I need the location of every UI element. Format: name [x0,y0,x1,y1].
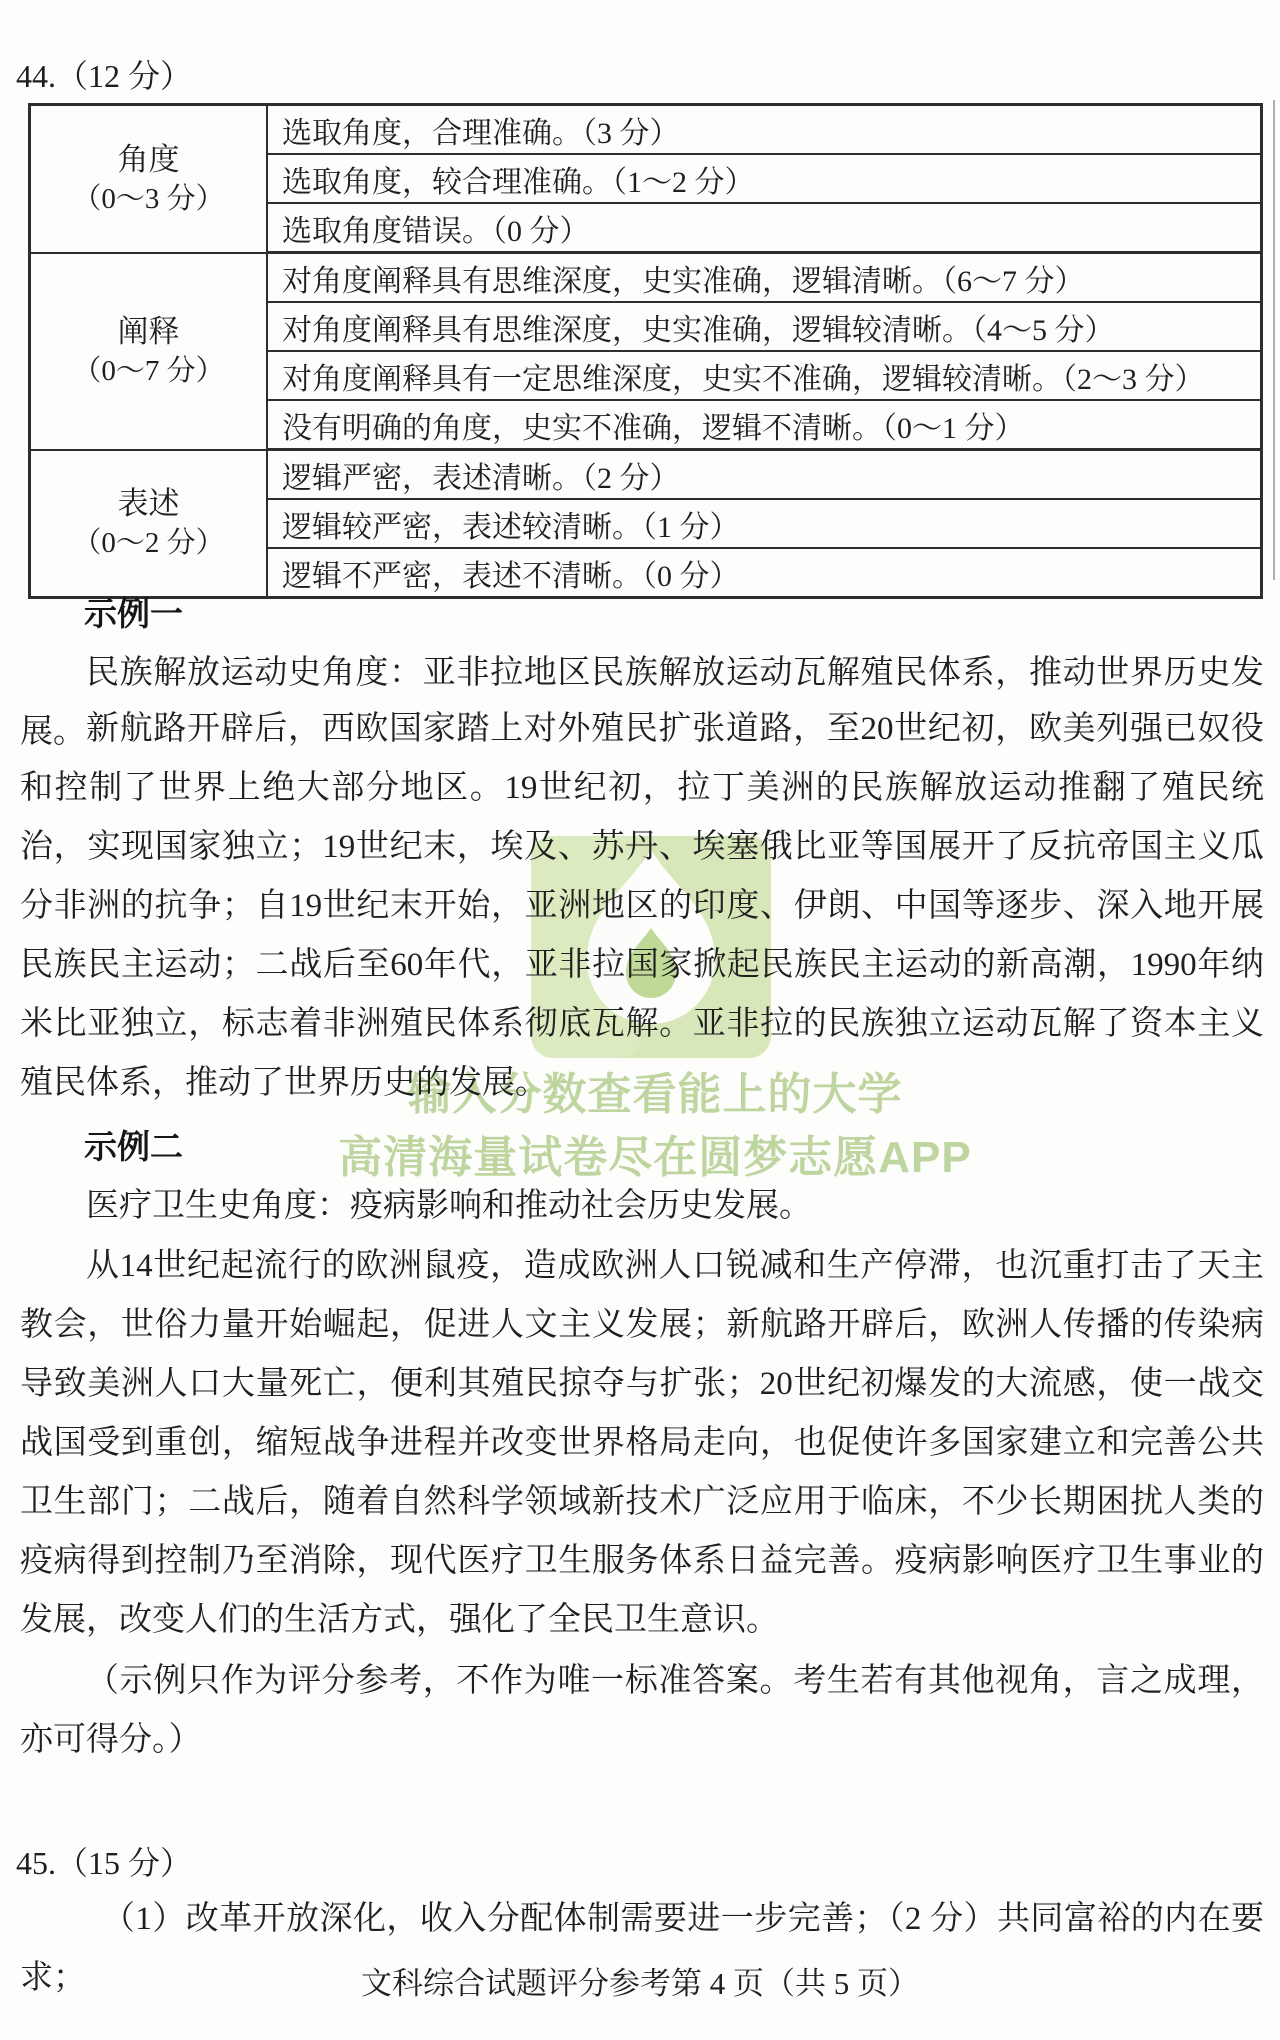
example-2-angle-paragraph: 医疗卫生史角度：疫病影响和推动社会历史发展。 [20,1177,1264,1236]
watermark-text-line2: 高清海量试卷尽在圆梦志愿APP [15,1133,1280,1183]
example-2-heading: 示例二 [84,1129,183,1165]
rubric-category-expression: 表述 （0～2 分） [30,450,268,598]
rubric-category-angle: 角度 （0～3 分） [30,105,268,253]
scan-edge-line [1273,100,1275,580]
category-score-range: （0～2 分） [32,524,265,562]
page-footer: 文科综合试题评分参考第 4 页（共 5 页） [0,1958,1280,2003]
category-score-range: （0～3 分） [32,180,265,218]
rubric-criterion: 逻辑严密，表述清晰。（2 分） [267,450,1262,500]
question-44-heading: 44.（12 分） [16,58,192,94]
table-row: 角度 （0～3 分） 选取角度，合理准确。（3 分） [30,105,1262,155]
category-name: 表述 [32,484,265,524]
example-1-body-paragraph: 新航路开辟后，西欧国家踏上对外殖民扩张道路，至20世纪初，欧美列强已奴役和控制了… [20,700,1264,1113]
rubric-table-body: 角度 （0～3 分） 选取角度，合理准确。（3 分） 选取角度，较合理准确。（1… [30,105,1262,598]
rubric-criterion: 选取角度，较合理准确。（1～2 分） [267,154,1262,203]
scoring-rubric-table: 角度 （0～3 分） 选取角度，合理准确。（3 分） 选取角度，较合理准确。（1… [28,103,1263,599]
category-name: 阐释 [32,312,265,352]
category-name: 角度 [32,140,265,180]
exam-scoring-page: 输入分数查看能上的大学 高清海量试卷尽在圆梦志愿APP 44.（12 分） 角度… [0,0,1280,2040]
grading-note-paragraph: （示例只作为评分参考，不作为唯一标准答案。考生若有其他视角，言之成理，亦可得分。… [20,1652,1264,1770]
rubric-criterion: 没有明确的角度，史实不准确，逻辑不清晰。（0～1 分） [267,400,1262,450]
rubric-criterion: 对角度阐释具有思维深度，史实准确，逻辑清晰。（6～7 分） [267,253,1262,303]
rubric-criterion: 逻辑较严密，表述较清晰。（1 分） [267,499,1262,548]
rubric-criterion: 对角度阐释具有思维深度，史实准确，逻辑较清晰。（4～5 分） [267,302,1262,351]
table-row: 阐释 （0～7 分） 对角度阐释具有思维深度，史实准确，逻辑清晰。（6～7 分） [30,253,1262,303]
category-score-range: （0～7 分） [32,352,265,390]
example-2-body-paragraph: 从14世纪起流行的欧洲鼠疫，造成欧洲人口锐减和生产停滞，也沉重打击了天主教会，世… [20,1237,1264,1650]
question-45-heading: 45.（15 分） [16,1845,192,1881]
rubric-category-interpretation: 阐释 （0～7 分） [30,253,268,450]
rubric-criterion: 逻辑不严密，表述不清晰。（0 分） [267,548,1262,598]
rubric-criterion: 选取角度，合理准确。（3 分） [267,105,1262,155]
rubric-criterion: 对角度阐释具有一定思维深度，史实不准确，逻辑较清晰。（2～3 分） [267,351,1262,400]
table-row: 表述 （0～2 分） 逻辑严密，表述清晰。（2 分） [30,450,1262,500]
example-1-heading: 示例一 [84,596,183,632]
rubric-criterion: 选取角度错误。（0 分） [267,203,1262,253]
